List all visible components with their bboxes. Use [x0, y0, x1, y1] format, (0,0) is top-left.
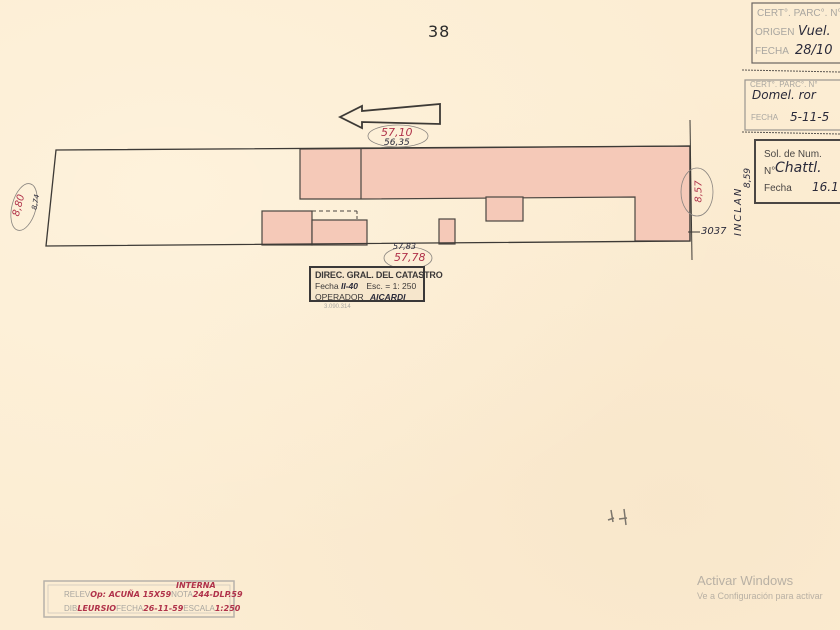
fecha-label-1: FECHA: [755, 46, 789, 57]
dimension-top-black: 56,35: [384, 138, 410, 148]
dib-label: DIB: [64, 604, 77, 613]
bottom-stamp-row-1: RELEVOp: ACUÑA 15X59NOTA244-DLP.59: [64, 590, 243, 599]
relev-value: Op: ACUÑA 15X59: [90, 590, 171, 599]
house-number: 3037: [701, 226, 726, 237]
dimension-bottom-black: 57,83: [393, 242, 416, 251]
relev-label: RELEV: [64, 590, 90, 599]
sol-num-label: Sol. de Num.: [764, 149, 822, 160]
page-number: 38: [428, 22, 450, 41]
fecha3-value: 16.1: [812, 180, 839, 194]
catastro-operador-value: AICARDI: [370, 292, 405, 302]
catastro-fecha-label: Fecha: [315, 281, 339, 291]
nota-value: 244-DLP.59: [193, 590, 243, 599]
nota-label: NOTA: [171, 590, 193, 599]
annex-block-2: [312, 220, 367, 245]
annex-block-4: [439, 219, 455, 244]
plot-drawing: [0, 0, 840, 630]
dimension-right-red: 8,57: [694, 180, 705, 202]
activate-windows-subtitle[interactable]: Ve a Configuración para activar: [697, 591, 823, 601]
nro-label: N°: [764, 166, 775, 177]
nota-value-line1: INTERNA: [176, 581, 216, 590]
origen2-value: Domel. ror: [752, 88, 816, 102]
activate-windows-title: Activar Windows: [697, 573, 793, 588]
cert-parc-label: CERT°. PARC°. N°: [757, 8, 840, 19]
fecha2-value: 5-11-5: [790, 110, 829, 124]
dimension-bottom-red: 57,78: [394, 251, 426, 264]
fecha-label: FECHA: [116, 604, 143, 613]
escala-value: 1:250: [215, 604, 240, 613]
street-width: 8,59: [743, 168, 753, 188]
origen-label: ORIGEN: [755, 27, 794, 38]
fecha3-label: Fecha: [764, 183, 792, 194]
street-name: INCLAN: [733, 187, 744, 236]
origen-value: Vuel.: [798, 24, 831, 39]
bottom-stamp-row-2: DIBLEURSIOFECHA26-11-59ESCALA1:250: [64, 604, 240, 613]
annex-block-1: [262, 211, 312, 245]
nro-value: Chattl.: [775, 160, 822, 176]
catastro-escala: Esc. = 1: 250: [366, 281, 416, 291]
catastro-operador-label: OPERADOR: [315, 292, 364, 302]
catastro-stamp: DIREC. GRAL. DEL CATASTRO Fecha II-40 Es…: [309, 266, 425, 302]
escala-label: ESCALA: [183, 604, 215, 613]
fecha2-label: FECHA: [751, 113, 778, 122]
annex-block-3: [486, 197, 523, 221]
north-arrow-icon: [340, 104, 440, 128]
dib-value: LEURSIO: [77, 604, 116, 613]
catastro-title: DIREC. GRAL. DEL CATASTRO: [315, 270, 419, 281]
fecha-value-1: 28/10: [795, 43, 832, 58]
catastro-below-text: 3.090.314: [324, 304, 351, 310]
catastro-fecha-value: II-40: [341, 281, 358, 291]
fecha-value: 26-11-59: [143, 604, 183, 613]
